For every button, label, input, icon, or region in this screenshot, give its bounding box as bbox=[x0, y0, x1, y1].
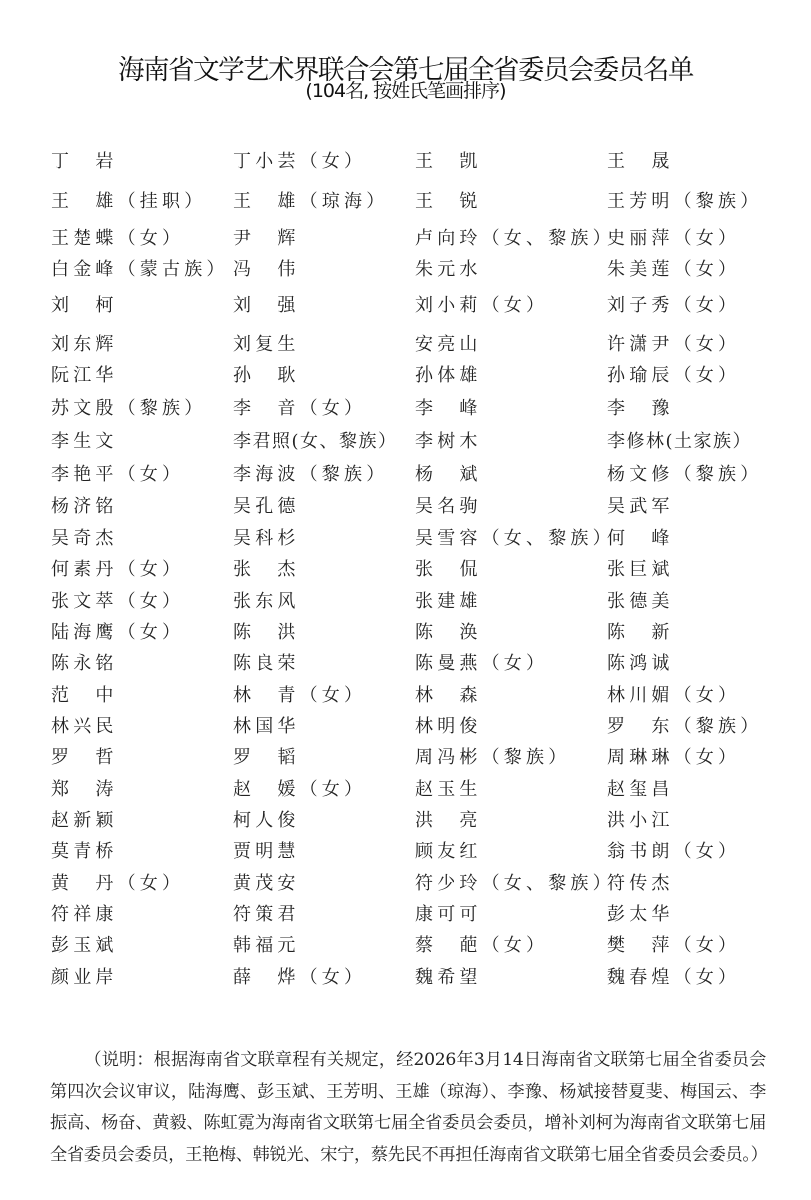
member-name: 林川媚（女） bbox=[607, 682, 740, 710]
member-name: 许潇尹（女） bbox=[607, 331, 740, 359]
roster-row: 陆海鹰（女） 陈 洪 陈 涣 陈 新 bbox=[0, 619, 811, 647]
member-name: 刘东辉 bbox=[51, 331, 118, 359]
member-name: 薛 烨（女） bbox=[233, 964, 366, 992]
roster-row: 莫青桥 贾明慧 顾友红 翁书朗（女） bbox=[0, 838, 811, 866]
member-name: 陈曼燕（女） bbox=[415, 650, 548, 678]
member-name: 陈 洪 bbox=[233, 619, 300, 647]
member-name: 刘子秀（女） bbox=[607, 292, 740, 320]
member-name: 翁书朗（女） bbox=[607, 838, 740, 866]
member-name: 周冯彬（黎族） bbox=[415, 744, 570, 772]
member-name: 彭太华 bbox=[607, 901, 674, 929]
member-name: 康可可 bbox=[415, 901, 482, 929]
roster-row: 罗 哲 罗 韬 周冯彬（黎族） 周琳琳（女） bbox=[0, 744, 811, 772]
member-name: 范 中 bbox=[51, 682, 118, 710]
member-name: 李生文 bbox=[51, 428, 118, 456]
member-name: 王 锐 bbox=[415, 188, 482, 216]
roster-row: 李生文 李君照(女、黎族） 李树木 李修林(土家族） bbox=[0, 428, 811, 456]
roster-row: 彭玉斌 韩福元 蔡 葩（女） 樊 萍（女） bbox=[0, 932, 811, 960]
member-name: 白金峰（蒙古族） bbox=[51, 256, 229, 284]
member-name: 黄 丹（女） bbox=[51, 870, 184, 898]
member-name: 刘复生 bbox=[233, 331, 300, 359]
member-name: 张 侃 bbox=[415, 556, 482, 584]
member-name: 王 雄（挂职） bbox=[51, 188, 206, 216]
roster-row: 阮江华 孙 耿 孙体雄 孙瑜辰（女） bbox=[0, 362, 811, 390]
member-name: 李树木 bbox=[415, 428, 482, 456]
member-name: 张东风 bbox=[233, 588, 300, 616]
member-name: 史丽萍（女） bbox=[607, 225, 740, 253]
member-name: 黄茂安 bbox=[233, 870, 300, 898]
member-name: 李海波（黎族） bbox=[233, 461, 388, 489]
member-name: 符祥康 bbox=[51, 901, 118, 929]
member-name: 朱元水 bbox=[415, 256, 482, 284]
member-name: 吴名驹 bbox=[415, 493, 482, 521]
roster-row: 李艳平（女） 李海波（黎族） 杨 斌 杨文修（黎族） bbox=[0, 461, 811, 489]
member-name: 李修林(土家族） bbox=[607, 428, 752, 456]
member-name: 符少玲（女、黎族） bbox=[415, 870, 615, 898]
roster-row: 白金峰（蒙古族） 冯 伟 朱元水 朱美莲（女） bbox=[0, 256, 811, 284]
member-name: 吴武军 bbox=[607, 493, 674, 521]
member-name: 韩福元 bbox=[233, 932, 300, 960]
member-name: 吴奇杰 bbox=[51, 525, 118, 553]
roster-row: 林兴民 林国华 林明俊 罗 东（黎族） bbox=[0, 713, 811, 741]
member-name: 冯 伟 bbox=[233, 256, 300, 284]
member-name: 刘 强 bbox=[233, 292, 300, 320]
member-name: 何 峰 bbox=[607, 525, 674, 553]
member-name: 何素丹（女） bbox=[51, 556, 184, 584]
member-name: 罗 哲 bbox=[51, 744, 118, 772]
member-name: 陈 新 bbox=[607, 619, 674, 647]
member-name: 张 杰 bbox=[233, 556, 300, 584]
member-name: 安亮山 bbox=[415, 331, 482, 359]
member-name: 李君照(女、黎族） bbox=[233, 428, 398, 456]
member-name: 林 森 bbox=[415, 682, 482, 710]
member-name: 彭玉斌 bbox=[51, 932, 118, 960]
member-name: 张文萃（女） bbox=[51, 588, 184, 616]
roster-row: 陈永铭 陈良荣 陈曼燕（女） 陈鸿诚 bbox=[0, 650, 811, 678]
member-name: 阮江华 bbox=[51, 362, 118, 390]
member-name: 蔡 葩（女） bbox=[415, 932, 548, 960]
member-name: 赵新颖 bbox=[51, 807, 118, 835]
member-name: 李 豫 bbox=[607, 395, 674, 423]
member-name: 王 晟 bbox=[607, 148, 674, 176]
member-name: 赵 媛（女） bbox=[233, 776, 366, 804]
member-name: 王芳明（黎族） bbox=[607, 188, 762, 216]
member-roster: 丁 岩 丁小芸（女） 王 凯 王 晟 王 雄（挂职） 王 雄（琼海） 王 锐 王… bbox=[0, 0, 811, 1000]
member-name: 丁 岩 bbox=[51, 148, 118, 176]
member-name: 李 音（女） bbox=[233, 395, 366, 423]
member-name: 刘小莉（女） bbox=[415, 292, 548, 320]
member-name: 王楚蝶（女） bbox=[51, 225, 184, 253]
member-name: 李 峰 bbox=[415, 395, 482, 423]
member-name: 杨文修（黎族） bbox=[607, 461, 762, 489]
roster-row: 黄 丹（女） 黄茂安 符少玲（女、黎族） 符传杰 bbox=[0, 870, 811, 898]
member-name: 陆海鹰（女） bbox=[51, 619, 184, 647]
member-name: 林明俊 bbox=[415, 713, 482, 741]
member-name: 樊 萍（女） bbox=[607, 932, 740, 960]
member-name: 刘 柯 bbox=[51, 292, 118, 320]
member-name: 柯人俊 bbox=[233, 807, 300, 835]
member-name: 林 青（女） bbox=[233, 682, 366, 710]
member-name: 魏春煌（女） bbox=[607, 964, 740, 992]
member-name: 张建雄 bbox=[415, 588, 482, 616]
member-name: 符传杰 bbox=[607, 870, 674, 898]
member-name: 吴科杉 bbox=[233, 525, 300, 553]
member-name: 李艳平（女） bbox=[51, 461, 184, 489]
member-name: 顾友红 bbox=[415, 838, 482, 866]
member-name: 颜业岸 bbox=[51, 964, 118, 992]
explanatory-note: （说明：根据海南省文联章程有关规定，经2026年3月14日海南省文联第七届全省委… bbox=[50, 1045, 766, 1171]
member-name: 尹 辉 bbox=[233, 225, 300, 253]
member-name: 张巨斌 bbox=[607, 556, 674, 584]
member-name: 魏希望 bbox=[415, 964, 482, 992]
roster-row: 郑 涛 赵 媛（女） 赵玉生 赵玺昌 bbox=[0, 776, 811, 804]
member-name: 赵玉生 bbox=[415, 776, 482, 804]
member-name: 陈良荣 bbox=[233, 650, 300, 678]
member-name: 杨济铭 bbox=[51, 493, 118, 521]
roster-row: 颜业岸 薛 烨（女） 魏希望 魏春煌（女） bbox=[0, 964, 811, 992]
roster-row: 杨济铭 吴孔德 吴名驹 吴武军 bbox=[0, 493, 811, 521]
member-name: 孙瑜辰（女） bbox=[607, 362, 740, 390]
member-name: 陈鸿诚 bbox=[607, 650, 674, 678]
member-name: 丁小芸（女） bbox=[233, 148, 366, 176]
member-name: 罗 东（黎族） bbox=[607, 713, 762, 741]
roster-row: 刘 柯 刘 强 刘小莉（女） 刘子秀（女） bbox=[0, 292, 811, 320]
member-name: 莫青桥 bbox=[51, 838, 118, 866]
roster-row: 赵新颖 柯人俊 洪 亮 洪小江 bbox=[0, 807, 811, 835]
member-name: 王 雄（琼海） bbox=[233, 188, 388, 216]
roster-row: 张文萃（女） 张东风 张建雄 张德美 bbox=[0, 588, 811, 616]
roster-row: 何素丹（女） 张 杰 张 侃 张巨斌 bbox=[0, 556, 811, 584]
roster-row: 王 雄（挂职） 王 雄（琼海） 王 锐 王芳明（黎族） bbox=[0, 188, 811, 216]
member-name: 陈 涣 bbox=[415, 619, 482, 647]
member-name: 罗 韬 bbox=[233, 744, 300, 772]
roster-row: 王楚蝶（女） 尹 辉 卢向玲（女、黎族） 史丽萍（女） bbox=[0, 225, 811, 253]
member-name: 卢向玲（女、黎族） bbox=[415, 225, 615, 253]
member-name: 贾明慧 bbox=[233, 838, 300, 866]
member-name: 洪小江 bbox=[607, 807, 674, 835]
member-name: 周琳琳（女） bbox=[607, 744, 740, 772]
roster-row: 范 中 林 青（女） 林 森 林川媚（女） bbox=[0, 682, 811, 710]
member-name: 杨 斌 bbox=[415, 461, 482, 489]
roster-row: 刘东辉 刘复生 安亮山 许潇尹（女） bbox=[0, 331, 811, 359]
member-name: 符策君 bbox=[233, 901, 300, 929]
member-name: 陈永铭 bbox=[51, 650, 118, 678]
member-name: 林兴民 bbox=[51, 713, 118, 741]
member-name: 王 凯 bbox=[415, 148, 482, 176]
roster-row: 吴奇杰 吴科杉 吴雪容（女、黎族） 何 峰 bbox=[0, 525, 811, 553]
member-name: 张德美 bbox=[607, 588, 674, 616]
member-name: 林国华 bbox=[233, 713, 300, 741]
member-name: 吴孔德 bbox=[233, 493, 300, 521]
roster-row: 苏文殷（黎族） 李 音（女） 李 峰 李 豫 bbox=[0, 395, 811, 423]
roster-row: 符祥康 符策君 康可可 彭太华 bbox=[0, 901, 811, 929]
member-name: 苏文殷（黎族） bbox=[51, 395, 206, 423]
member-name: 吴雪容（女、黎族） bbox=[415, 525, 615, 553]
member-name: 孙 耿 bbox=[233, 362, 300, 390]
member-name: 朱美莲（女） bbox=[607, 256, 740, 284]
member-name: 洪 亮 bbox=[415, 807, 482, 835]
member-name: 孙体雄 bbox=[415, 362, 482, 390]
roster-row: 丁 岩 丁小芸（女） 王 凯 王 晟 bbox=[0, 148, 811, 176]
member-name: 郑 涛 bbox=[51, 776, 118, 804]
member-name: 赵玺昌 bbox=[607, 776, 674, 804]
